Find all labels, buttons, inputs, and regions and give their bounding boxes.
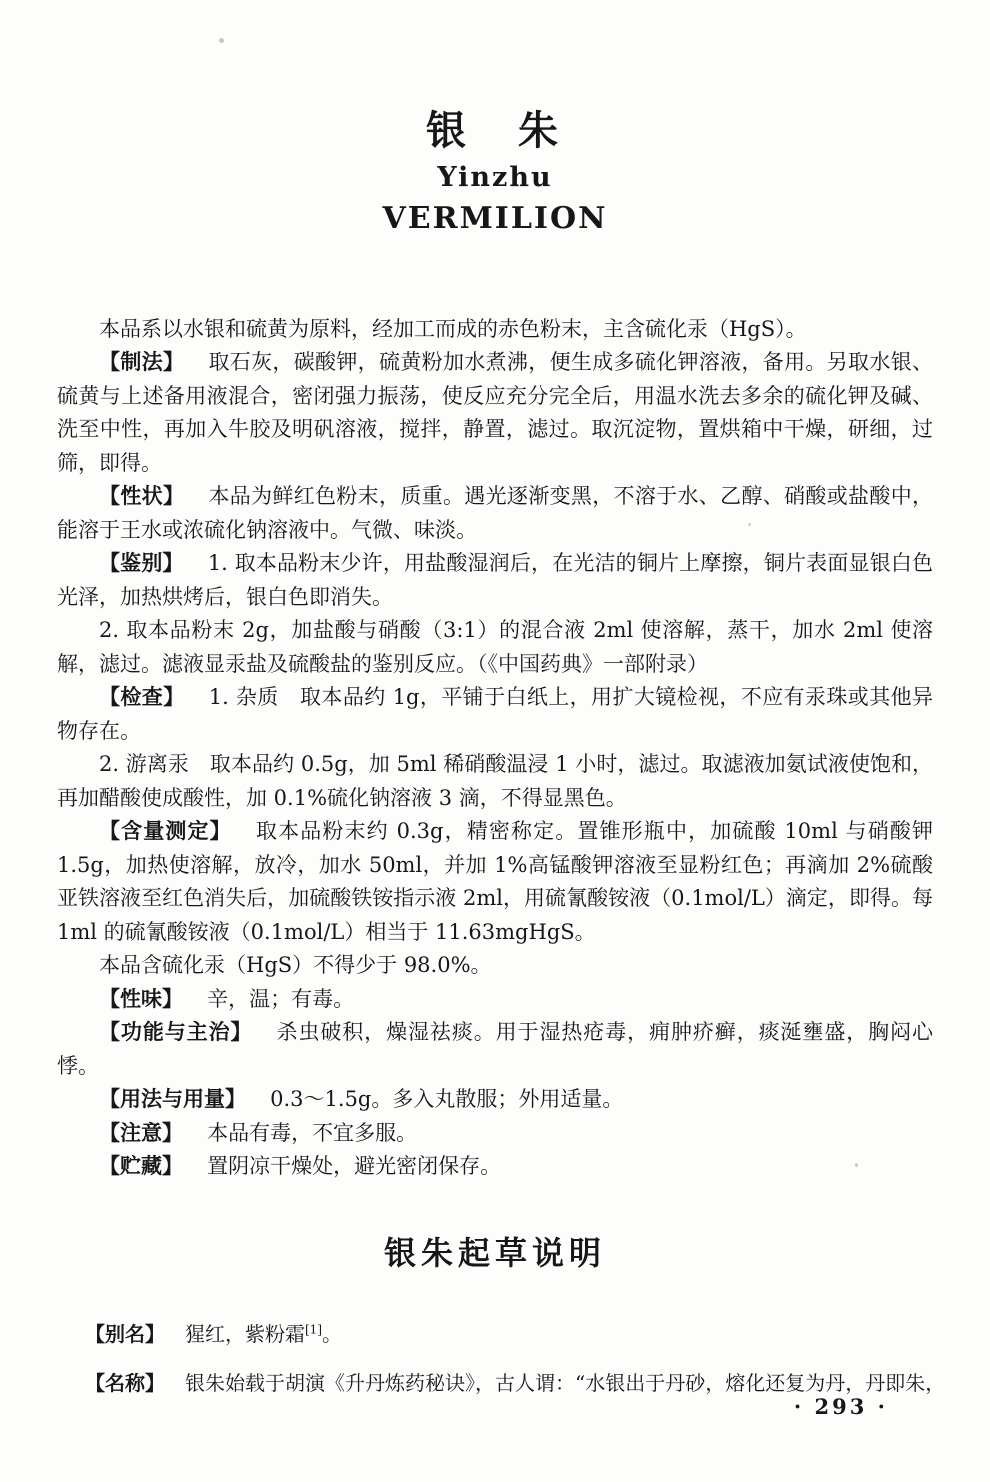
alias-period: 。 <box>322 1322 342 1346</box>
page-number: · 293 · <box>794 1394 888 1419</box>
caution-paragraph: 【注意】本品有毒，不宜多服。 <box>57 1117 933 1151</box>
alias-label: 【别名】 <box>85 1322 185 1346</box>
storage-paragraph: 【贮藏】置阴凉干燥处，避光密闭保存。 <box>57 1150 933 1184</box>
section-label: 【鉴别】 <box>99 551 208 575</box>
alias-reference-mark: [1] <box>305 1322 322 1336</box>
identification-paragraph-1: 【鉴别】1. 取本品粉末少许，用盐酸湿润后，在光洁的铜片上摩擦，铜片表面显银白色… <box>57 547 933 614</box>
document-page: 银 朱 Yinzhu VERMILION 本品系以水银和硫黄为原料，经加工而成的… <box>0 0 990 1482</box>
examination-paragraph-1: 【检查】1. 杂质 取本品约 1g，平铺于白纸上，用扩大镜检视，不应有汞珠或其他… <box>57 681 933 748</box>
page-content: 银 朱 Yinzhu VERMILION 本品系以水银和硫黄为原料，经加工而成的… <box>0 0 990 1399</box>
section-label: 【性状】 <box>99 484 208 508</box>
section-text: 本品含硫化汞（HgS）不得少于 98.0%。 <box>99 953 492 977</box>
section-text: 本品系以水银和硫黄为原料，经加工而成的赤色粉末，主含硫化汞（HgS）。 <box>99 317 807 341</box>
examination-paragraph-2: 2. 游离汞 取本品约 0.5g，加 5ml 稀硝酸温浸 1 小时，滤过。取滤液… <box>57 748 933 815</box>
section-label: 【检查】 <box>99 685 209 709</box>
drug-title-pinyin: Yinzhu <box>57 163 933 193</box>
section-label: 【注意】 <box>99 1121 207 1145</box>
section-text: 置阴凉干燥处，避光密闭保存。 <box>207 1154 501 1178</box>
properties-paragraph: 【性状】本品为鲜红色粉末，质重。遇光逐渐变黑，不溶于水、乙醇、硝酸或盐酸中，能溶… <box>57 480 933 547</box>
section-label: 【贮藏】 <box>99 1154 207 1178</box>
section-label: 【含量测定】 <box>99 819 256 843</box>
section-text: 0.3～1.5g。多入丸散服；外用适量。 <box>270 1087 623 1111</box>
draft-notes-block: 【别名】猩红，紫粉霜[1]。 【名称】银朱始载于胡演《升丹炼药秘诀》，古人谓：“… <box>57 1318 933 1399</box>
draft-notes-heading: 银朱起草说明 <box>57 1234 933 1272</box>
alias-line: 【别名】猩红，紫粉霜[1]。 <box>57 1318 933 1350</box>
title-block: 银 朱 Yinzhu VERMILION <box>57 0 933 235</box>
identification-paragraph-2: 2. 取本品粉末 2g，加盐酸与硝酸（3:1）的混合液 2ml 使溶解，蒸干，加… <box>57 614 933 681</box>
assay-paragraph: 【含量测定】取本品粉末约 0.3g，精密称定。置锥形瓶中，加硫酸 10ml 与硝… <box>57 815 933 949</box>
flavor-paragraph: 【性味】辛，温；有毒。 <box>57 983 933 1017</box>
drug-title-chinese: 银 朱 <box>57 108 933 154</box>
section-text: 2. 游离汞 取本品约 0.5g，加 5ml 稀硝酸温浸 1 小时，滤过。取滤液… <box>57 752 933 810</box>
intro-paragraph: 本品系以水银和硫黄为原料，经加工而成的赤色粉末，主含硫化汞（HgS）。 <box>57 313 933 347</box>
naming-label: 【名称】 <box>85 1371 185 1395</box>
section-text: 辛，温；有毒。 <box>207 987 354 1011</box>
section-label: 【功能与主治】 <box>99 1020 277 1044</box>
content-requirement-paragraph: 本品含硫化汞（HgS）不得少于 98.0%。 <box>57 949 933 983</box>
section-label: 【用法与用量】 <box>99 1087 270 1111</box>
preparation-paragraph: 【制法】取石灰，碳酸钾，硫黄粉加水煮沸，便生成多硫化钾溶液，备用。另取水银、硫黄… <box>57 346 933 480</box>
functions-paragraph: 【功能与主治】杀虫破积，燥湿祛痰。用于湿热疮毒，痈肿疥癣，痰涎壅盛，胸闷心悸。 <box>57 1016 933 1083</box>
scan-artifact <box>748 523 751 526</box>
scan-artifact <box>219 38 224 43</box>
dosage-paragraph: 【用法与用量】0.3～1.5g。多入丸散服；外用适量。 <box>57 1083 933 1117</box>
monograph-body: 本品系以水银和硫黄为原料，经加工而成的赤色粉末，主含硫化汞（HgS）。 【制法】… <box>57 313 933 1184</box>
alias-text: 猩红，紫粉霜 <box>185 1322 305 1346</box>
section-label: 【性味】 <box>99 987 207 1011</box>
section-label: 【制法】 <box>99 350 208 374</box>
drug-title-english: VERMILION <box>57 202 933 235</box>
naming-text: 银朱始载于胡演《升丹炼药秘诀》，古人谓：“水银出于丹砂，熔化还复为丹，丹即朱，故… <box>185 1371 933 1395</box>
section-text: 本品有毒，不宜多服。 <box>207 1121 417 1145</box>
section-text: 2. 取本品粉末 2g，加盐酸与硝酸（3:1）的混合液 2ml 使溶解，蒸干，加… <box>57 618 933 676</box>
scan-artifact <box>855 1163 858 1167</box>
